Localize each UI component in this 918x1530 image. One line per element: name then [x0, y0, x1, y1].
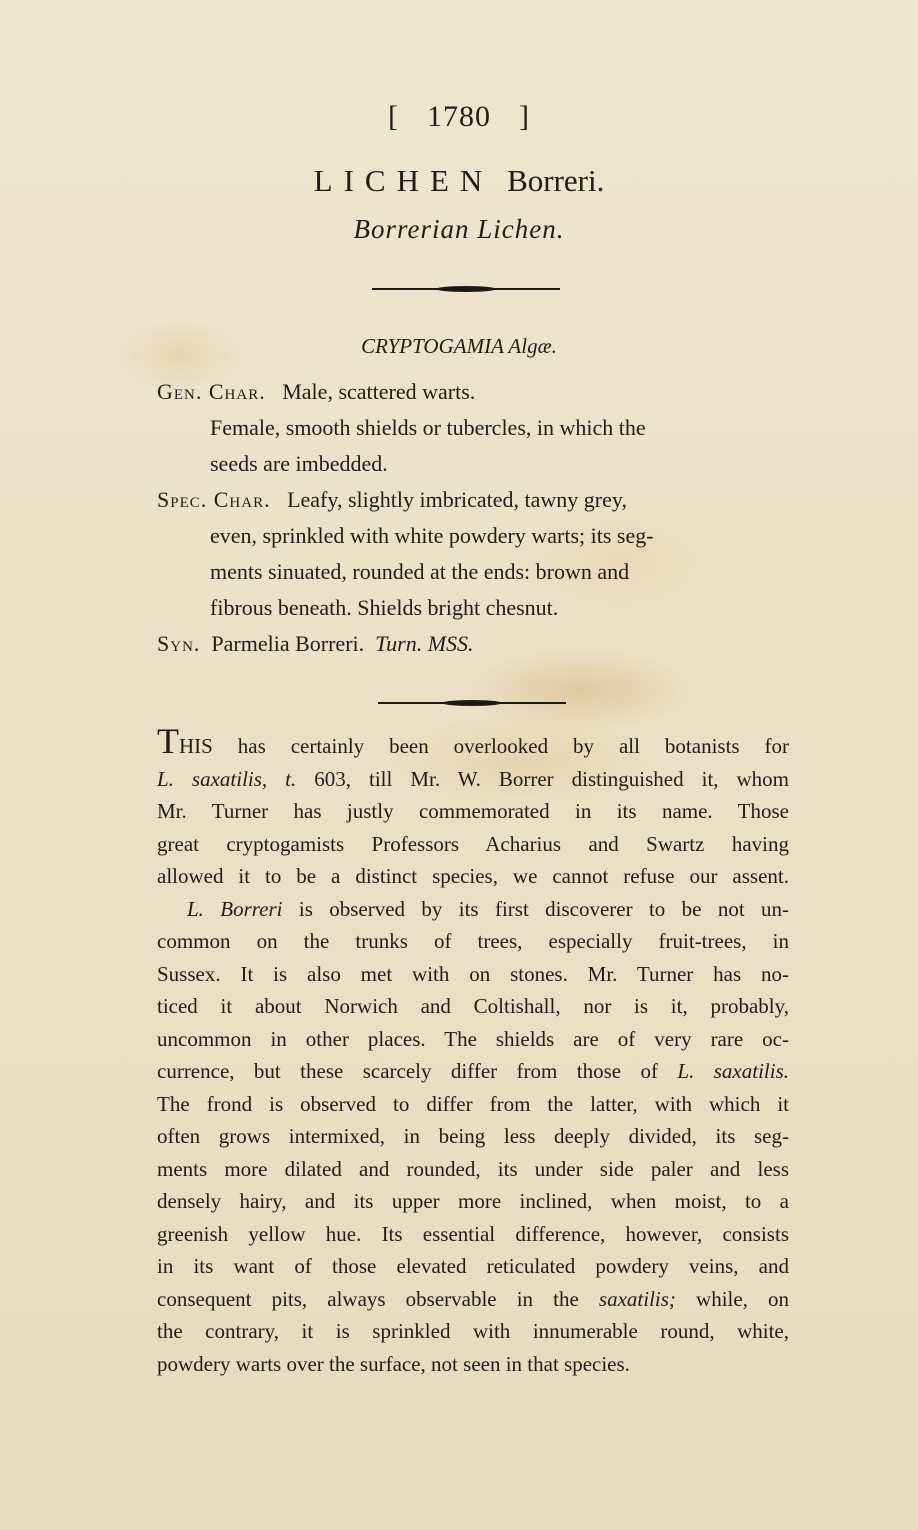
description-text: THIS has certainly been overlooked by al… [157, 730, 789, 1380]
genus-name: LICHEN [314, 163, 494, 198]
gen-char-line: Female, smooth shields or tubercles, in … [157, 410, 787, 446]
bracket-right: ] [519, 100, 530, 134]
paragraph-1-line: L. saxatilis, t. 603, till Mr. W. Borrer… [157, 763, 789, 796]
paragraph-2-line: currence, but these scarcely differ from… [157, 1055, 789, 1088]
syn-reference: Turn. MSS. [375, 631, 473, 656]
paragraph-1-line: allowed it to be a distinct species, we … [157, 860, 789, 893]
paragraph-1-line: THIS has certainly been overlooked by al… [157, 730, 789, 763]
order-name: Algæ. [508, 334, 556, 358]
paragraph-2-line: Sussex. It is also met with on stones. M… [157, 958, 789, 991]
paragraph-2-line: powdery warts over the surface, not seen… [157, 1348, 789, 1381]
spec-char-label: Spec. Char. [157, 487, 271, 512]
bracket-left: [ [388, 100, 399, 134]
gen-char-line: Male, scattered warts. [282, 379, 475, 404]
syn-label: Syn. [157, 631, 200, 656]
paragraph-2-line: uncommon in other places. The shields ar… [157, 1023, 789, 1056]
page-number: [1780] [0, 100, 918, 134]
paragraph-2-line: ments more dilated and rounded, its unde… [157, 1153, 789, 1186]
drop-cap: T [157, 721, 179, 761]
paragraph-2-line: consequent pits, always observable in th… [157, 1283, 789, 1316]
species-title: LICHEN Borreri. [0, 163, 918, 199]
spec-char-line: fibrous beneath. Shields bright chesnut. [157, 590, 787, 626]
specific-character: Spec. Char. Leafy, slightly imbricated, … [157, 482, 787, 662]
class-name: CRYPTOGAMIA [361, 334, 503, 358]
spec-char-line: Leafy, slightly imbricated, tawny grey, [287, 487, 627, 512]
ornamental-divider [378, 702, 566, 704]
syn-text: Parmelia Borreri. [211, 631, 364, 656]
common-name: Borrerian Lichen. [0, 214, 918, 245]
gen-char-label: Gen. Char. [157, 379, 266, 404]
synonym: Syn. Parmelia Borreri. Turn. MSS. [157, 626, 787, 662]
paragraph-2-line: common on the trunks of trees, especiall… [157, 925, 789, 958]
paragraph-2-line: often grows intermixed, in being less de… [157, 1120, 789, 1153]
paragraph-1-line: great cryptogamists Professors Acharius … [157, 828, 789, 861]
paragraph-2-line: greenish yellow hue. Its essential diffe… [157, 1218, 789, 1251]
spec-char-line: ments sinuated, rounded at the ends: bro… [157, 554, 787, 590]
paragraph-2-line: L. Borreri is observed by its first disc… [157, 893, 789, 926]
book-page: [1780] LICHEN Borreri. Borrerian Lichen.… [0, 0, 918, 1530]
paragraph-2-line: ticed it about Norwich and Coltishall, n… [157, 990, 789, 1023]
classification: CRYPTOGAMIA Algæ. [0, 334, 918, 359]
gen-char-line: seeds are imbedded. [157, 446, 787, 482]
paragraph-2-line: densely hairy, and its upper more inclin… [157, 1185, 789, 1218]
ornamental-divider [372, 288, 560, 290]
species-name: Borreri. [507, 163, 604, 198]
paragraph-1-line: Mr. Turner has justly commemorated in it… [157, 795, 789, 828]
paragraph-2-line: in its want of those elevated reticulate… [157, 1250, 789, 1283]
generic-character: Gen. Char. Male, scattered warts. Female… [157, 374, 787, 482]
paragraph-2-line: the contrary, it is sprinkled with innum… [157, 1315, 789, 1348]
spec-char-line: even, sprinkled with white powdery warts… [157, 518, 787, 554]
page-number-value: 1780 [427, 100, 491, 133]
paragraph-2-line: The frond is observed to differ from the… [157, 1088, 789, 1121]
